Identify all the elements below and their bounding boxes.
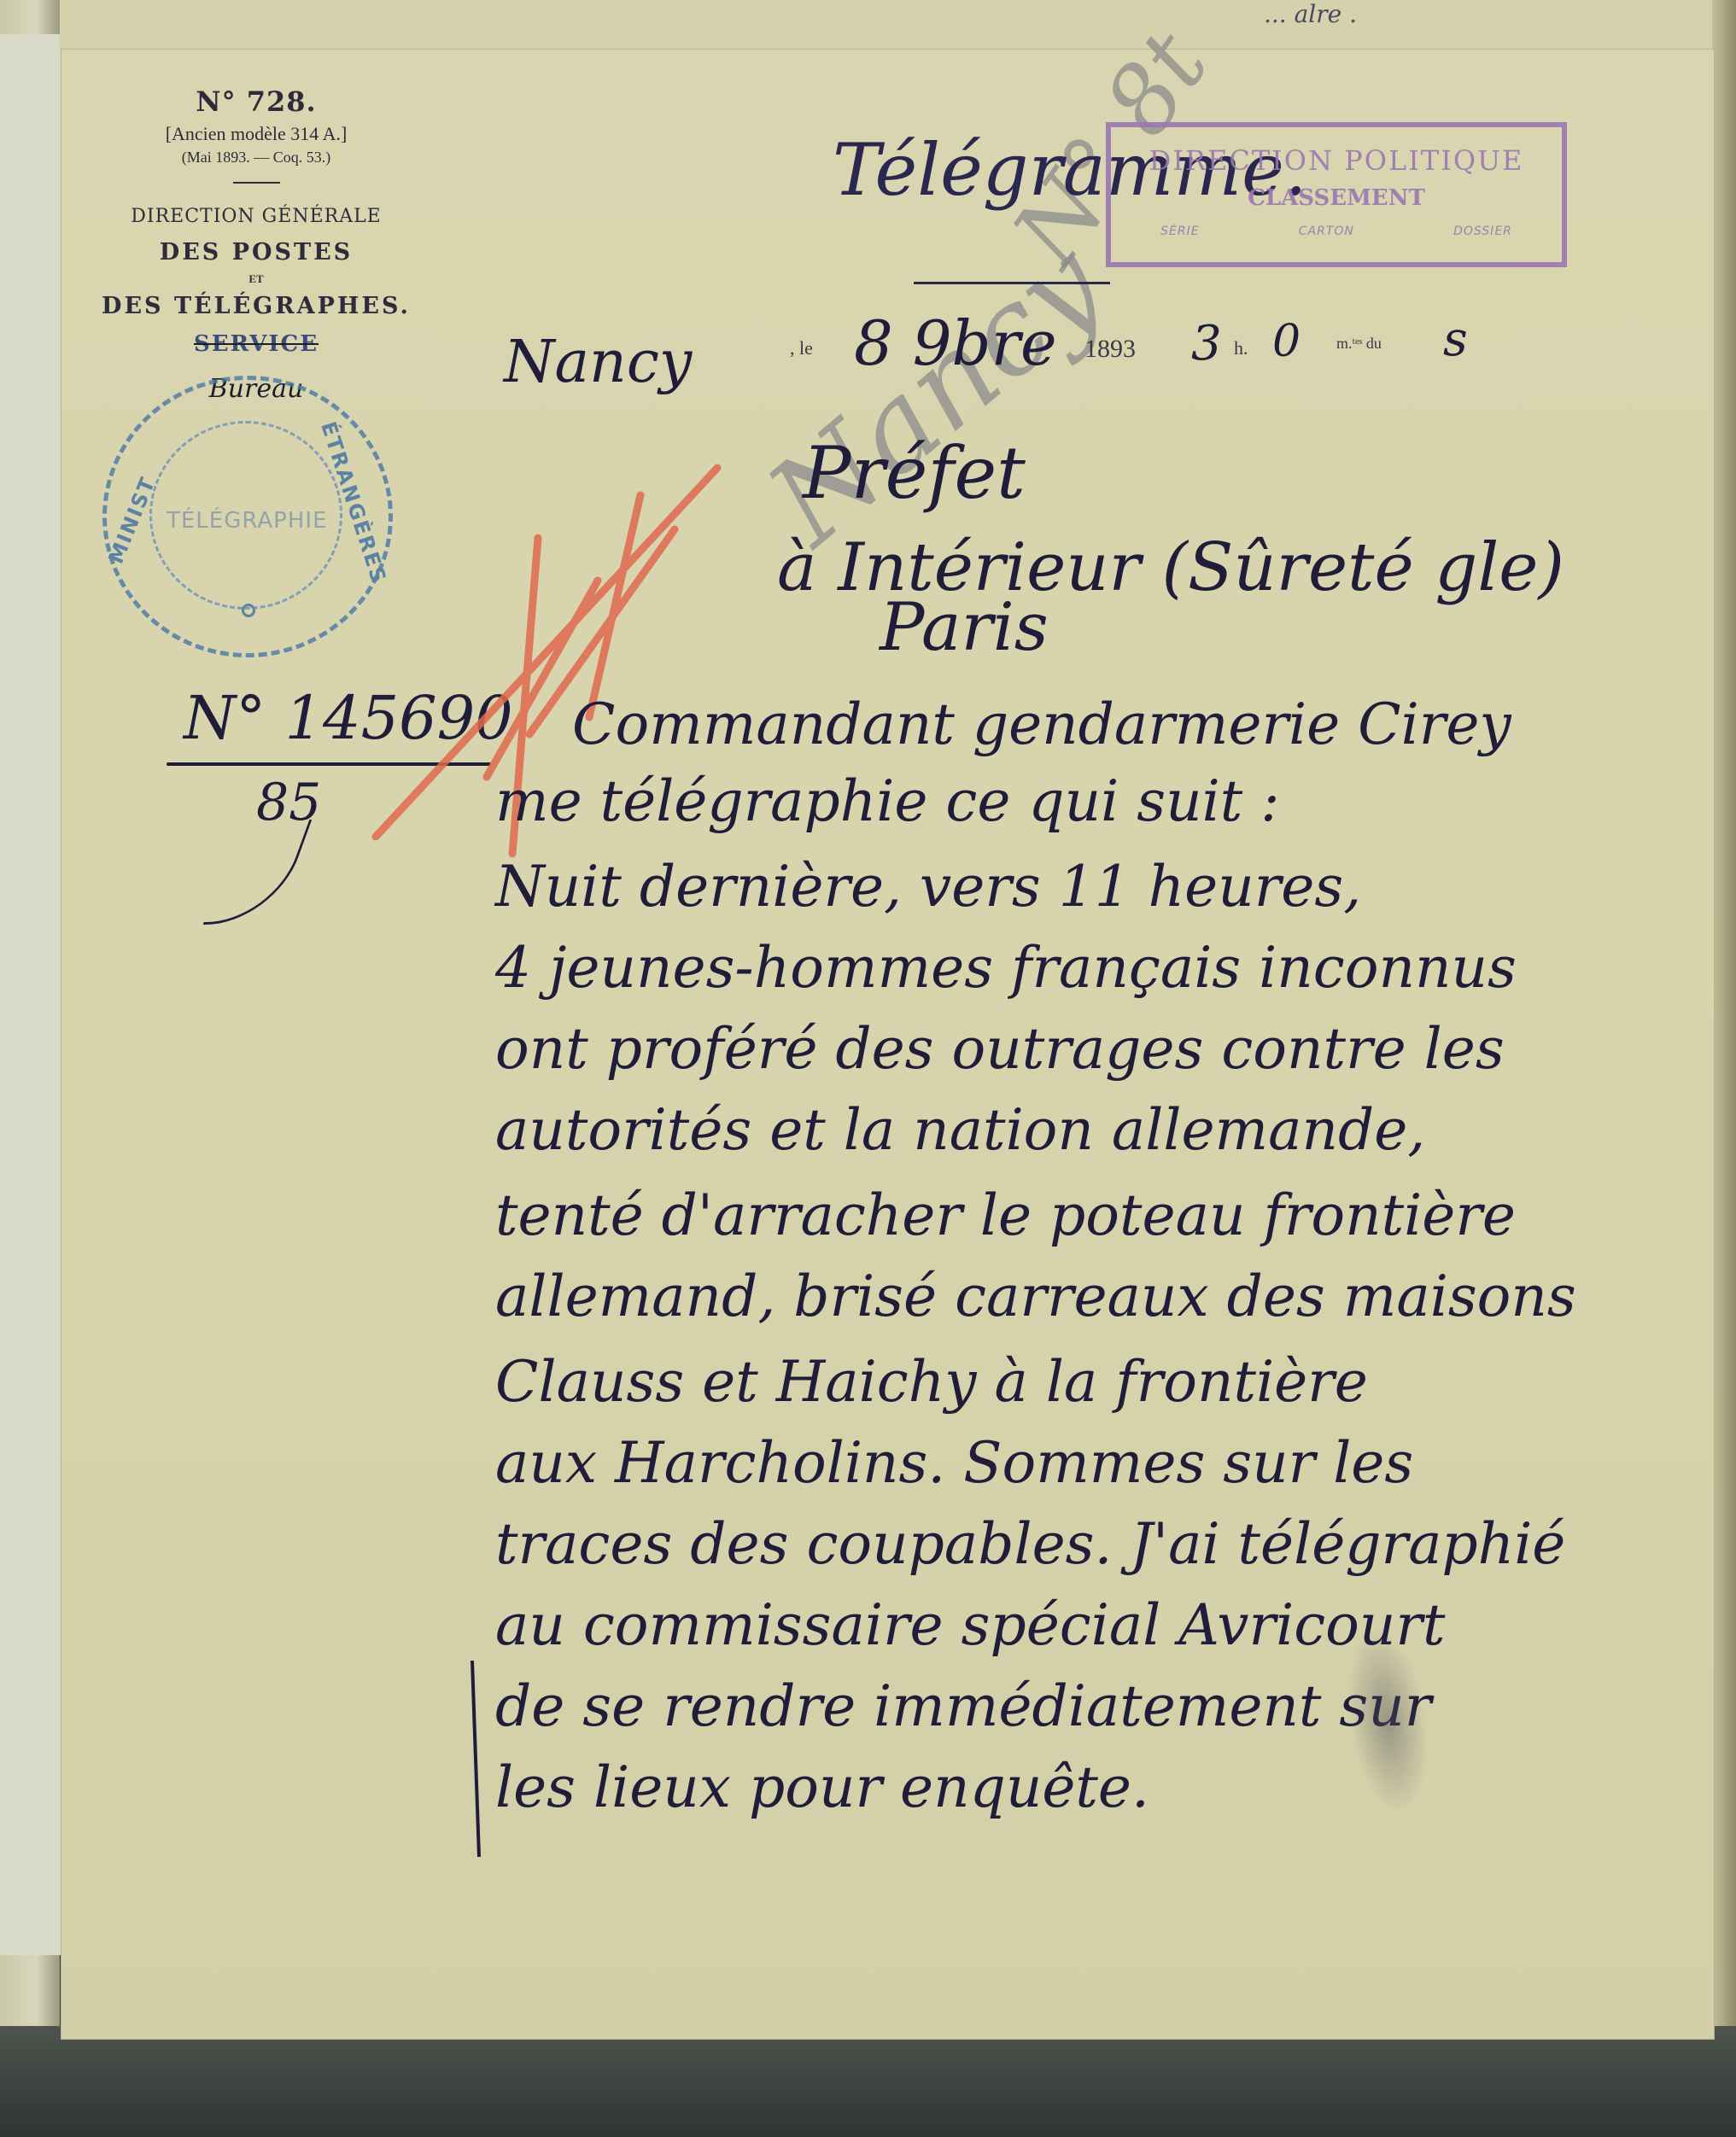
form-edition: (Mai 1893. — Coq. 53.)	[94, 149, 418, 166]
date-day-month: 8 9bre	[854, 307, 1057, 379]
stamp-field-carton: CARTON	[1299, 225, 1354, 238]
body-line-5: ont proféré des outrages contre les	[495, 1016, 1505, 1082]
et-connector: ET	[94, 272, 418, 286]
origin-place: Nancy	[504, 329, 692, 396]
date-le-label: , le	[790, 337, 813, 359]
addressee-paris: Paris	[880, 589, 1049, 666]
hour-label: h.	[1234, 337, 1248, 359]
underlying-page-scribble: ... alre .	[1264, 0, 1357, 28]
ministry-round-stamp: MINIST ÉTRANGÈRES TÉLÉGRAPHIE	[102, 376, 393, 657]
body-line-13: de se rendre immédiatement sur	[495, 1673, 1431, 1739]
underlying-page-top: ... alre .	[60, 0, 1736, 51]
underlying-page-sheet	[0, 34, 71, 1955]
body-line-1: Commandant gendarmerie Cirey	[572, 692, 1511, 757]
body-line-11: traces des coupables. J'ai télégraphié	[495, 1511, 1565, 1577]
body-line-12: au commissaire spécial Avricourt	[495, 1592, 1446, 1658]
minutes-value: 0	[1272, 316, 1301, 367]
minutes-label: m.ᵗᵉˢ du	[1336, 335, 1382, 353]
stamp-classement: CLASSEMENT	[1111, 185, 1562, 211]
body-line-14: les lieux pour enquête.	[495, 1755, 1149, 1820]
body-line-4: 4 jeunes-hommes français inconnus	[495, 935, 1517, 1001]
former-model: [Ancien modèle 314 A.]	[94, 123, 418, 145]
body-line-10: aux Harcholins. Sommes sur les	[495, 1430, 1413, 1496]
body-line-9: Clauss et Haichy à la frontière	[495, 1349, 1368, 1415]
body-line-3: Nuit dernière, vers 11 heures,	[495, 854, 1361, 920]
direction-generale: DIRECTION GÉNÉRALE	[94, 206, 418, 227]
form-number: N° 728.	[94, 85, 418, 118]
body-line-8: allemand, brisé carreaux des maisons	[495, 1264, 1576, 1329]
date-year: 1893	[1084, 335, 1136, 364]
body-line-6: autorités et la nation allemande,	[495, 1097, 1425, 1163]
stamp-fields-row: SÉRIE CARTON DOSSIER	[1111, 225, 1562, 238]
underlying-pages-right	[1712, 0, 1736, 2137]
stamp-field-dossier: DOSSIER	[1453, 225, 1512, 238]
addressee-prefet: Préfet	[803, 431, 1026, 515]
stamp-field-serie: SÉRIE	[1160, 225, 1199, 238]
header-divider	[233, 182, 280, 184]
stamp-direction-politique: DIRECTION POLITIQUE	[1111, 144, 1562, 177]
desk-shadow	[0, 2026, 1736, 2137]
body-line-2: me télégraphie ce qui suit :	[495, 768, 1280, 834]
body-line-7: tenté d'arracher le poteau frontière	[495, 1182, 1516, 1248]
printed-form-header: N° 728. [Ancien modèle 314 A.] (Mai 1893…	[94, 85, 418, 404]
classification-stamp: DIRECTION POLITIQUE CLASSEMENT SÉRIE CAR…	[1106, 122, 1567, 267]
service-struck: SERVICE	[94, 331, 418, 357]
stamp-center-text: TÉLÉGRAPHIE	[167, 508, 328, 534]
des-postes: DES POSTES	[94, 239, 418, 266]
hour-value: 3	[1191, 316, 1222, 371]
period-value: s	[1443, 312, 1468, 367]
stamp-dot	[242, 604, 255, 617]
des-telegraphes: DES TÉLÉGRAPHES.	[51, 293, 461, 319]
title-underline	[914, 282, 1110, 284]
